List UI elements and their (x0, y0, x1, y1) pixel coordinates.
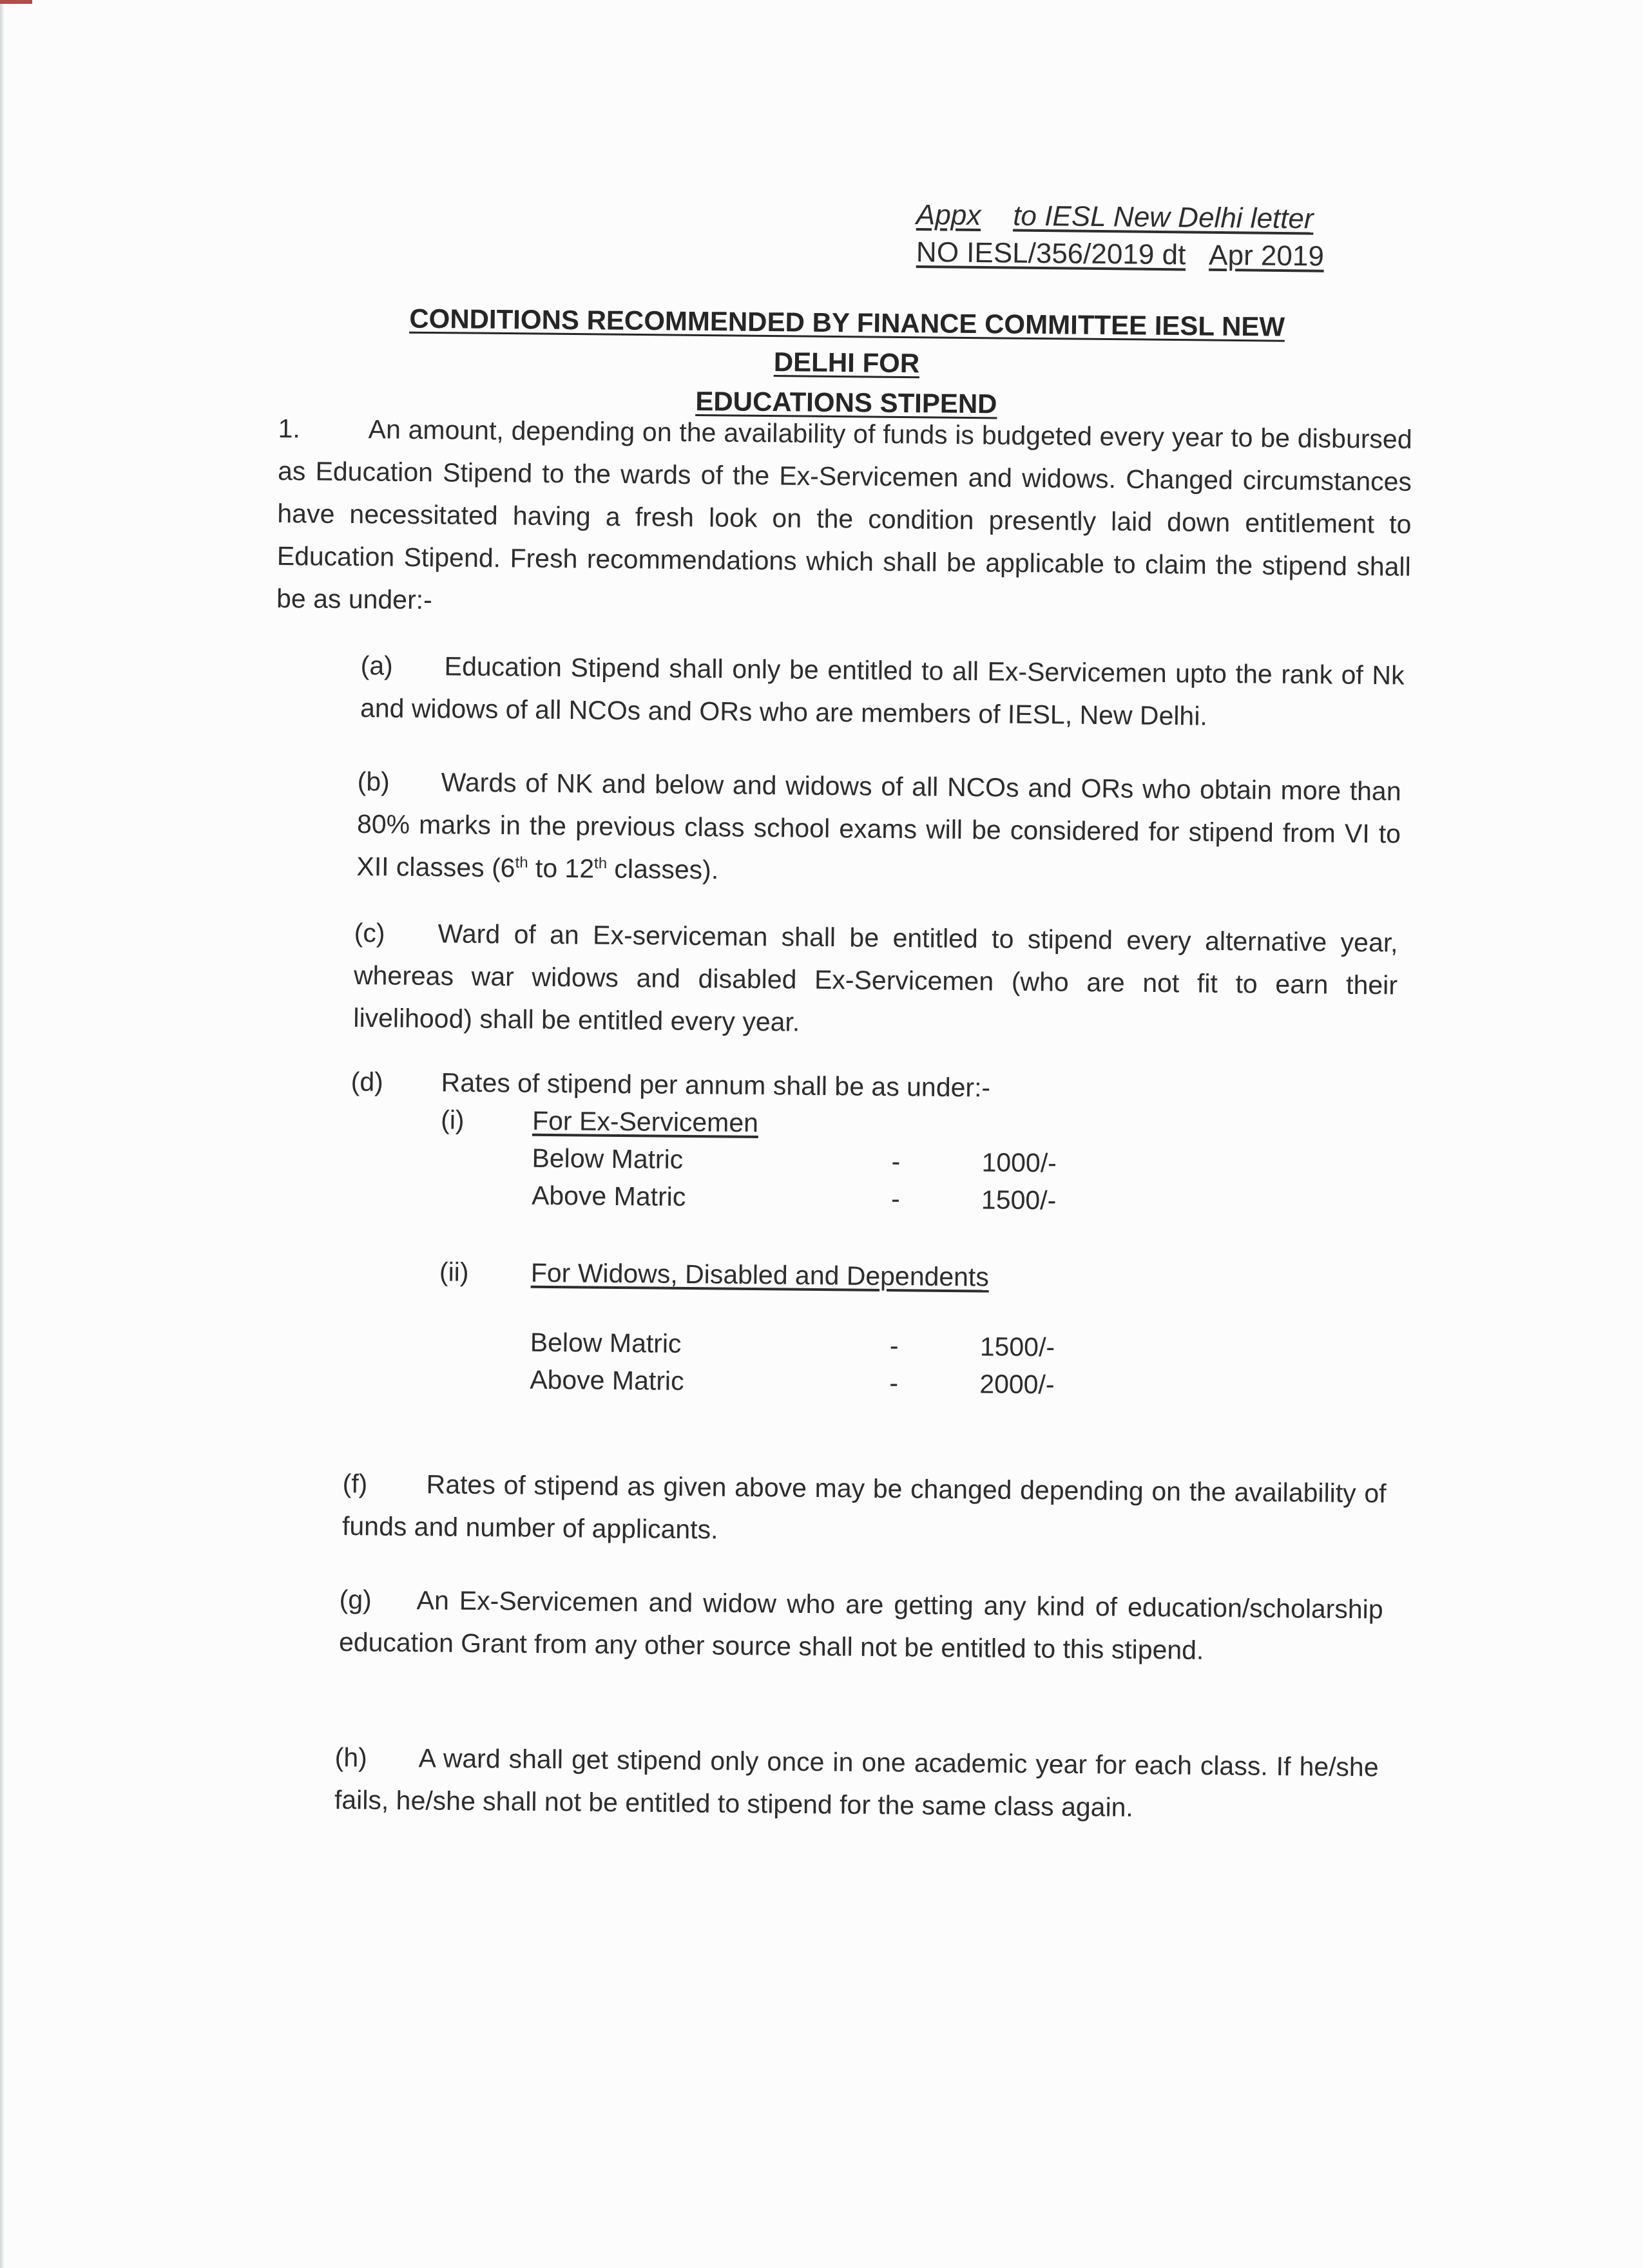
scan-edge (0, 0, 4, 2268)
clause-f: (f)Rates of stipend as given above may b… (342, 1462, 1387, 1558)
rate-dash: - (891, 1180, 900, 1217)
clause-a: (a)Education Stipend shall only be entit… (360, 644, 1405, 739)
paragraph-1: 1.An amount, depending on the availabili… (276, 407, 1412, 631)
paragraph-number: 1. (278, 407, 369, 450)
reference-line-1: Appx to IESL New Delhi letter (916, 196, 1324, 238)
clause-label: (h) (334, 1736, 419, 1779)
group-heading: For Widows, Disabled and Dependents (531, 1254, 990, 1296)
clause-text: Wards of NK and below and widows of all … (356, 767, 1401, 884)
clause-g: (g)An Ex-Servicemen and widow who are ge… (339, 1578, 1383, 1673)
group-label: (i) (441, 1101, 465, 1138)
rate-row: Above Matric - 1500/- (350, 1175, 1124, 1220)
rate-category: Above Matric (532, 1177, 686, 1215)
clause-h: (h)A ward shall get stipend only once in… (334, 1736, 1379, 1831)
clause-b: (b)Wards of NK and below and widows of a… (356, 760, 1401, 898)
clause-label: (g) (339, 1578, 417, 1621)
rate-category: Above Matric (530, 1361, 684, 1400)
paragraph-text: An amount, depending on the availability… (276, 414, 1412, 615)
reference-block: Appx to IESL New Delhi letter NO IESL/35… (916, 196, 1324, 271)
scan-corner-mark (0, 0, 32, 4)
clause-text: Ward of an Ex-serviceman shall be entitl… (353, 919, 1398, 1036)
document-title: CONDITIONS RECOMMENDED BY FINANCE COMMIT… (366, 298, 1327, 427)
reference-line-2: NO IESL/356/2019 dt Apr 2019 (916, 234, 1324, 276)
rate-category: Below Matric (532, 1139, 683, 1178)
clause-text: Rates of stipend per annum shall be as u… (441, 1063, 990, 1106)
rate-dash: - (889, 1364, 898, 1402)
rate-group-heading: (ii) For Widows, Disabled and Dependents (349, 1252, 1123, 1297)
scanned-page: Appx to IESL New Delhi letter NO IESL/35… (0, 0, 1643, 2268)
clause-label: (c) (354, 911, 438, 955)
rate-amount: 1000/- (981, 1143, 1057, 1181)
title-line-1: CONDITIONS RECOMMENDED BY FINANCE COMMIT… (409, 303, 1285, 379)
clause-label: (f) (342, 1462, 427, 1505)
rate-amount: 1500/- (981, 1181, 1057, 1219)
rate-amount: 2000/- (979, 1365, 1055, 1403)
clause-label: (b) (357, 760, 441, 803)
clause-text: Rates of stipend as given above may be c… (342, 1469, 1387, 1544)
clause-d-rates: (d) Rates of stipend per annum shall be … (348, 1063, 1124, 1404)
rate-amount: 1500/- (980, 1328, 1055, 1366)
clause-text: An Ex-Servicemen and widow who are getti… (339, 1585, 1383, 1665)
rate-dash: - (890, 1327, 899, 1364)
group-heading: For Ex-Servicemen (532, 1102, 758, 1141)
rate-dash: - (891, 1143, 900, 1180)
clause-label: (d) (351, 1063, 383, 1100)
group-label: (ii) (439, 1253, 469, 1290)
clause-label: (a) (360, 644, 445, 687)
rate-row: Above Matric - 2000/- (348, 1359, 1122, 1404)
clause-c: (c)Ward of an Ex-serviceman shall be ent… (353, 911, 1398, 1049)
clause-text: A ward shall get stipend only once in on… (334, 1743, 1379, 1822)
rate-category: Below Matric (530, 1324, 682, 1362)
clause-text: Education Stipend shall only be entitled… (360, 651, 1405, 730)
